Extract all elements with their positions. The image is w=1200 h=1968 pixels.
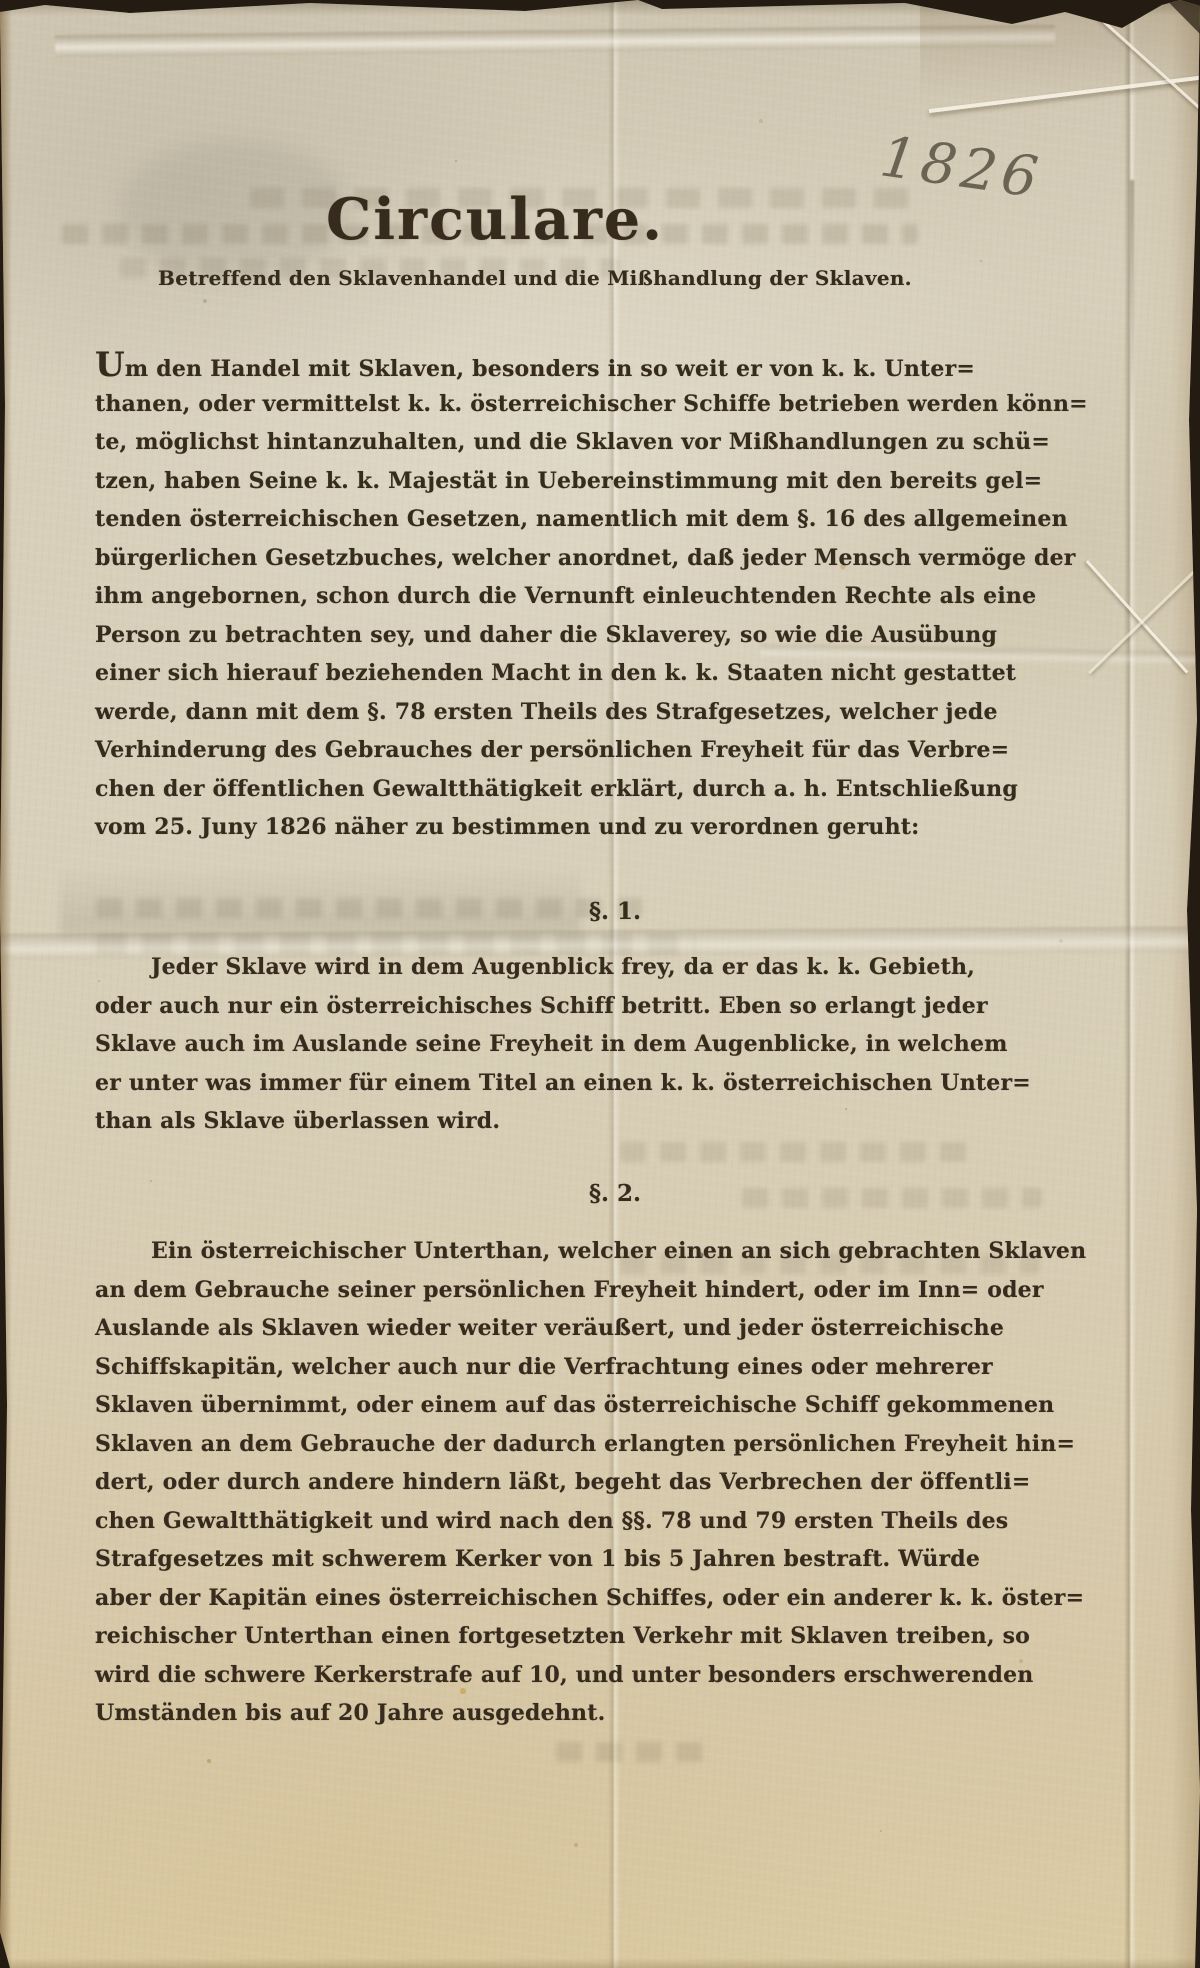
section-2-paragraph: Ein österreichischer Unterthan, welcher … (95, 1232, 975, 1733)
text-line: bürgerlichen Gesetzbuches, welcher anord… (95, 539, 975, 578)
paper-edge-bottom (0, 1958, 1200, 1968)
paper-background: Circulare. Betreffend den Sklavenhandel … (0, 0, 1200, 1968)
text-line: Jeder Sklave wird in dem Augenblick frey… (95, 948, 975, 987)
right-edge-fold (1136, 0, 1200, 1968)
text-line: tzen, haben Seine k. k. Majestät in Uebe… (95, 462, 975, 501)
text-line: werde, dann mit dem §. 78 ersten Theils … (95, 693, 975, 732)
text-line: dert, oder durch andere hindern läßt, be… (95, 1463, 975, 1502)
text-line: Schiffskapitän, welcher auch nur die Ver… (95, 1348, 975, 1387)
text-line: aber der Kapitän eines österreichischen … (95, 1579, 975, 1618)
text-line: ihm angebornen, schon durch die Vernunft… (95, 577, 975, 616)
bleedthrough-text-smudge (556, 1742, 706, 1762)
section-1-paragraph: Jeder Sklave wird in dem Augenblick frey… (95, 948, 975, 1141)
section-1-heading: §. 1. (95, 898, 975, 925)
text-line: Sklaven übernimmt, oder einem auf das ös… (95, 1386, 975, 1425)
bleedthrough-text-smudge (620, 1142, 968, 1162)
text-line: er unter was immer für einem Titel an ei… (95, 1064, 975, 1103)
text-line: Auslande als Sklaven wieder weiter veräu… (95, 1309, 975, 1348)
text-line: Um den Handel mit Sklaven, besonders in … (95, 346, 975, 385)
text-line: Verhinderung des Gebrauches der persönli… (95, 731, 975, 770)
text-line: Sklave auch im Auslande seine Freyheit i… (95, 1025, 975, 1064)
text-line: Umständen bis auf 20 Jahre ausgedehnt. (95, 1694, 975, 1733)
section-2-heading: §. 2. (95, 1180, 975, 1207)
text-line: reichischer Unterthan einen fortgesetzte… (95, 1617, 975, 1656)
text-line: Person zu betrachten sey, und daher die … (95, 616, 975, 655)
intro-paragraph: Um den Handel mit Sklaven, besonders in … (95, 346, 975, 847)
document-subtitle: Betreffend den Sklavenhandel und die Miß… (95, 266, 975, 290)
text-line: wird die schwere Kerkerstrafe auf 10, un… (95, 1656, 975, 1695)
text-line: Strafgesetzes mit schwerem Kerker von 1 … (95, 1540, 975, 1579)
document-title: Circulare. (95, 184, 975, 256)
text-line: chen Gewaltthätigkeit und wird nach den … (95, 1502, 975, 1541)
text-line: Sklaven an dem Gebrauche der dadurch erl… (95, 1425, 975, 1464)
paper-edge-left (0, 0, 12, 1968)
text-line: tenden österreichischen Gesetzen, nament… (95, 500, 975, 539)
text-line: thanen, oder vermittelst k. k. österreic… (95, 385, 975, 424)
paper-edge-top (0, 0, 1200, 16)
text-line: Ein österreichischer Unterthan, welcher … (95, 1232, 975, 1271)
text-line: te, möglichst hintanzuhalten, und die Sk… (95, 423, 975, 462)
document-page: Circulare. Betreffend den Sklavenhandel … (0, 0, 1200, 1968)
text-line: einer sich hierauf beziehenden Macht in … (95, 654, 975, 693)
corner-crease-line (1130, 180, 1134, 440)
text-line: an dem Gebrauche seiner persönlichen Fre… (95, 1271, 975, 1310)
text-line: chen der öffentlichen Gewaltthätigkeit e… (95, 770, 975, 809)
text-line: oder auch nur ein österreichisches Schif… (95, 987, 975, 1026)
text-line: vom 25. Juny 1826 näher zu bestimmen und… (95, 808, 975, 847)
paper-specks (0, 0, 2, 2)
text-line: than als Sklave überlassen wird. (95, 1102, 975, 1141)
